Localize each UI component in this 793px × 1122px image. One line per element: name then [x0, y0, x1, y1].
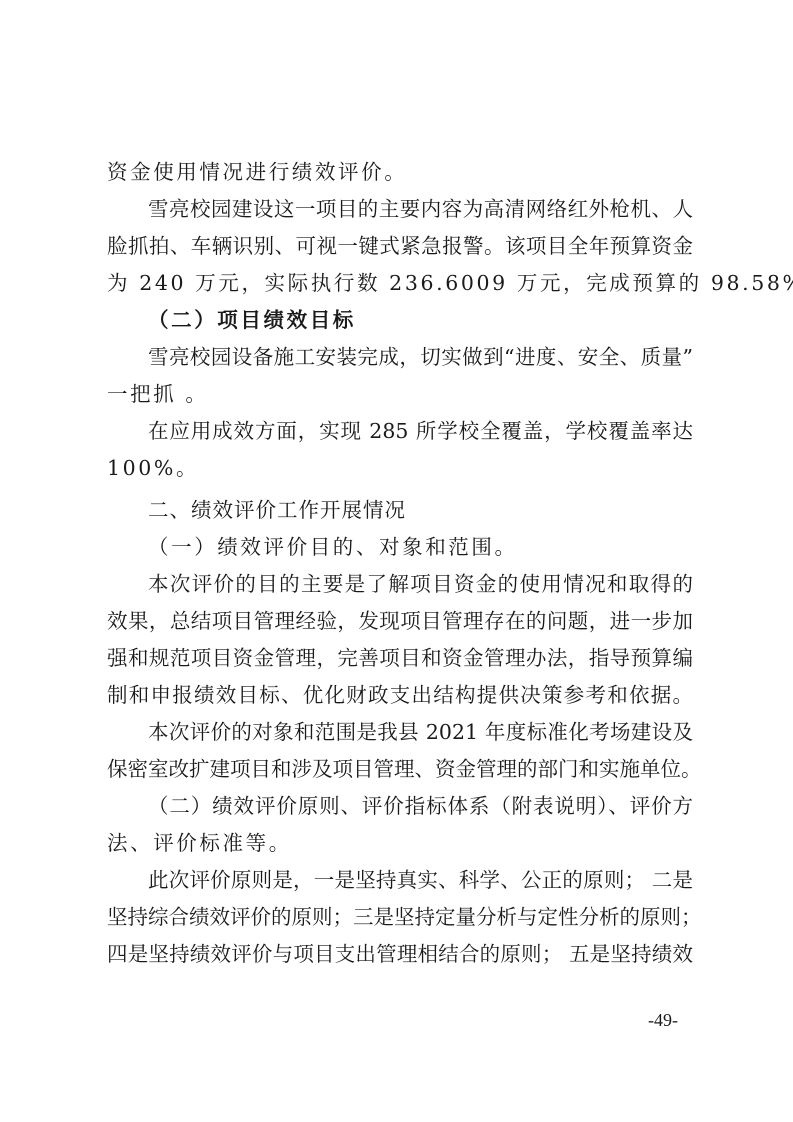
text-line: 制和申报绩效目标、优化财政支出结构提供决策参考和依据。: [107, 683, 693, 707]
section-heading: （二）项目绩效目标: [148, 308, 356, 332]
text-line: 雪亮校园设备施工安装完成，切实做到“进度、安全、质量”: [148, 345, 693, 369]
text-line: 法、评价标准等。: [107, 831, 292, 855]
text-line: 雪亮校园建设这一项目的主要内容为高清网络红外枪机、人: [148, 197, 693, 221]
text-line: 一把抓 。: [107, 382, 209, 406]
text-line: 本次评价的目的主要是了解项目资金的使用情况和取得的: [148, 572, 693, 596]
text-line: 强和规范项目资金管理，完善项目和资金管理办法，指导预算编: [107, 646, 693, 670]
text-line: 此次评价原则是，一是坚持真实、科学、公正的原则； 二是: [148, 868, 693, 892]
section-heading: 二、绩效评价工作开展情况: [148, 498, 406, 522]
text-line: 保密室改扩建项目和涉及项目管理、资金管理的部门和实施单位。: [107, 757, 693, 781]
text-line: 100%。: [107, 456, 199, 480]
text-line: 脸抓拍、车辆识别、可视一键式紧急报警。该项目全年预算资金: [107, 234, 693, 258]
text-line: 坚持综合绩效评价的原则；三是坚持定量分析与定性分析的原则；: [107, 905, 693, 929]
text-line: 为 240 万元，实际执行数 236.6009 万元，完成预算的 98.58%。: [107, 271, 793, 295]
text-line: 效果，总结项目管理经验，发现项目管理存在的问题，进一步加: [107, 609, 693, 633]
text-line: 资金使用情况进行绩效评价。: [107, 160, 407, 184]
text-line: 四是坚持绩效评价与项目支出管理相结合的原则； 五是坚持绩效: [107, 942, 693, 966]
text-line: （一）绩效评价目的、对象和范围。: [148, 535, 518, 559]
text-line: 本次评价的对象和范围是我县 2021 年度标准化考场建设及: [148, 720, 693, 744]
page-number: -49-: [648, 1010, 678, 1031]
text-line: 在应用成效方面，实现 285 所学校全覆盖，学校覆盖率达: [148, 419, 693, 443]
text-line: （二）绩效评价原则、评价指标体系（附表说明）、评价方: [148, 794, 693, 818]
